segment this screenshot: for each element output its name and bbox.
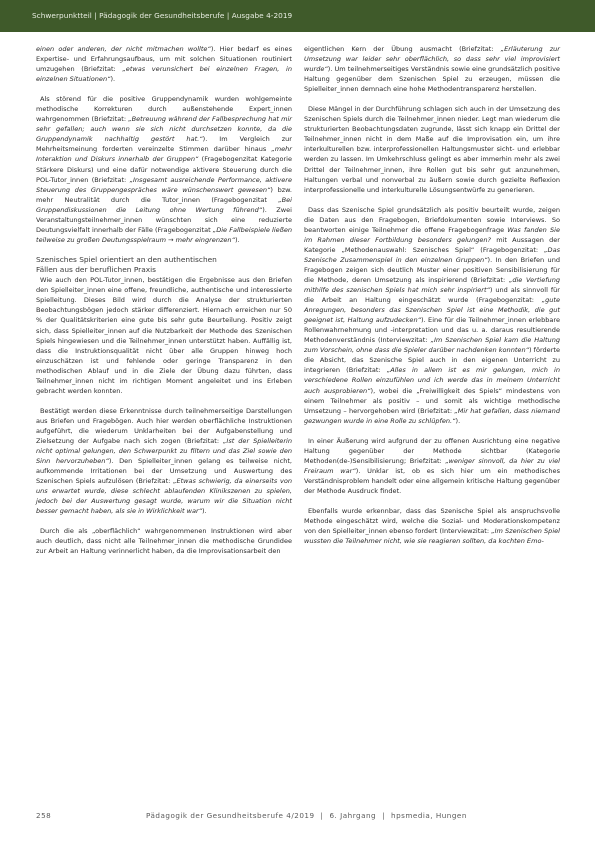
- footer-separator: |: [321, 811, 324, 820]
- left-column: einen oder anderen, der nicht mitmachen …: [36, 44, 292, 567]
- paragraph: Diese Mängel in der Durchführung schlage…: [304, 104, 560, 194]
- right-column: eigentlichen Kern der Übung ausmacht (Br…: [304, 44, 560, 556]
- subheading-line: Szenisches Spiel orientiert an den authe…: [36, 255, 292, 265]
- paragraph: Als störend für die positive Gruppendyna…: [36, 94, 292, 245]
- paragraph: Bestätigt werden diese Erkenntnisse durc…: [36, 406, 292, 517]
- paragraph: Dass das Szenische Spiel grundsätzlich a…: [304, 205, 560, 426]
- footer-separator: |: [382, 811, 385, 820]
- footer-volume: 6. Jahrgang: [329, 811, 376, 820]
- text: ).: [111, 75, 116, 83]
- quote: einen oder anderen, der nicht mitmachen …: [36, 45, 211, 53]
- running-header-bar: Schwerpunktteil | Pädagogik der Gesundhe…: [0, 0, 595, 32]
- subheading-line: Fällen aus der beruflichen Praxis: [36, 265, 292, 275]
- footer-publisher: hpsmedia, Hungen: [391, 811, 467, 820]
- paragraph: eigentlichen Kern der Übung ausmacht (Br…: [304, 44, 560, 94]
- paragraph: Ebenfalls wurde erkennbar, dass das Szen…: [304, 506, 560, 546]
- page-number: 258: [36, 811, 51, 820]
- paragraph: Durch die als „oberflächlich“ wahrgenomm…: [36, 526, 292, 556]
- footer-journal: Pädagogik der Gesundheitsberufe 4/2019: [146, 811, 315, 820]
- text: ).: [235, 236, 240, 244]
- section-subheading: Szenisches Spiel orientiert an den authe…: [36, 255, 292, 275]
- text: ).: [456, 417, 461, 425]
- paragraph: einen oder anderen, der nicht mitmachen …: [36, 44, 292, 84]
- running-header-title: Schwerpunktteil | Pädagogik der Gesundhe…: [32, 11, 292, 20]
- paragraph: In einer Äußerung wird aufgrund der zu o…: [304, 436, 560, 496]
- footer-citation: Pädagogik der Gesundheitsberufe 4/2019|6…: [146, 811, 467, 820]
- text: ).: [202, 507, 207, 515]
- text: eigentlichen Kern der Übung ausmacht (Br…: [304, 45, 501, 53]
- text: ). Um teilnehmerseitiges Verständnis sow…: [304, 65, 560, 93]
- paragraph: Wie auch den POL-Tutor_innen, bestätigen…: [36, 275, 292, 396]
